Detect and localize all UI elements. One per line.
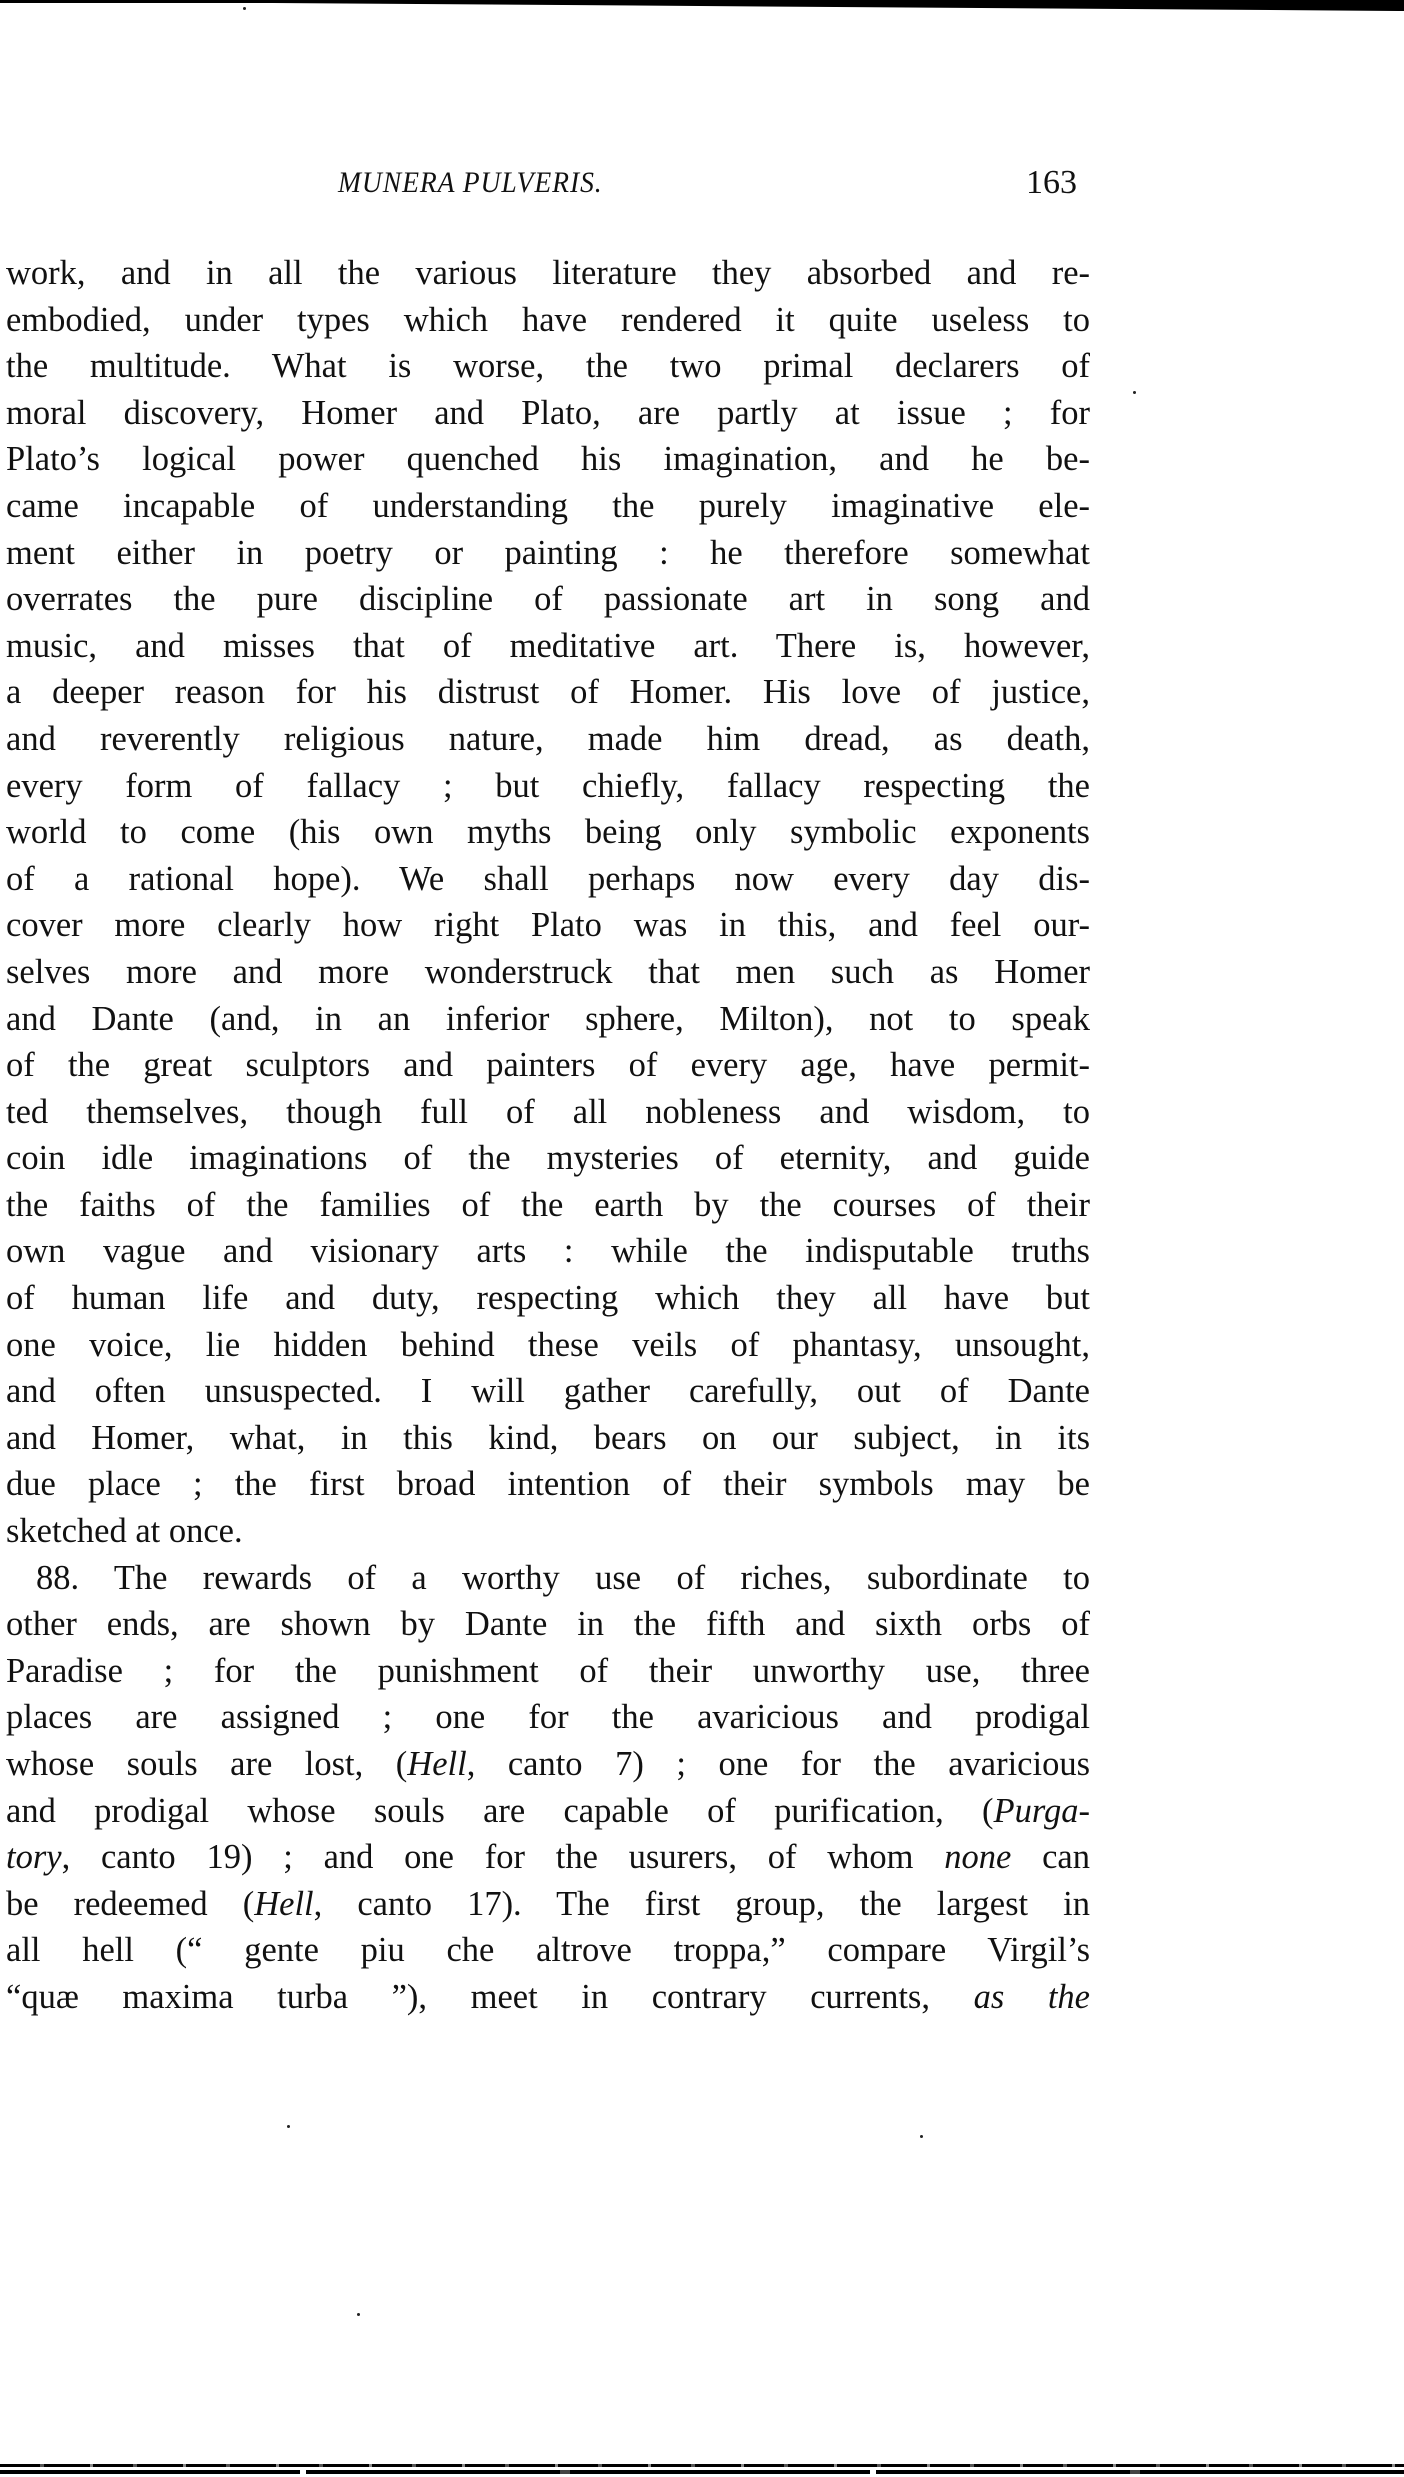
- text-segment: world to come (his own myths being only …: [6, 813, 1090, 851]
- text-segment: , canto 17). The first group, the larges…: [314, 1885, 1090, 1923]
- text-segment: can: [1011, 1838, 1090, 1876]
- text-segment: work, and in all the various literature …: [6, 254, 1090, 292]
- text-line: of human life and duty, respecting which…: [6, 1275, 1090, 1322]
- text-segment: of the great sculptors and painters of e…: [6, 1046, 1090, 1084]
- text-segment: Paradise ; for the punishment of their u…: [6, 1652, 1090, 1690]
- scan-speck: [357, 2313, 360, 2316]
- running-head: MUNERA PULVERIS. 163: [0, 162, 1404, 206]
- text-line: and Dante (and, in an inferior sphere, M…: [6, 996, 1090, 1043]
- text-line: the faiths of the families of the earth …: [6, 1182, 1090, 1229]
- running-title: MUNERA PULVERIS.: [338, 166, 603, 200]
- text-segment: of a rational hope). We shall perhaps no…: [6, 860, 1090, 898]
- text-line: coin idle imaginations of the mysteries …: [6, 1135, 1090, 1182]
- text-segment: and Homer, what, in this kind, bears on …: [6, 1419, 1090, 1457]
- text-segment: 88. The rewards of a worthy use of riche…: [36, 1559, 1090, 1597]
- text-segment: and reverently religious nature, made hi…: [6, 720, 1090, 758]
- text-line: Paradise ; for the punishment of their u…: [6, 1648, 1090, 1695]
- text-line: every form of fallacy ; but chiefly, fal…: [6, 763, 1090, 810]
- text-segment: every form of fallacy ; but chiefly, fal…: [6, 767, 1090, 805]
- text-segment: ted themselves, though full of all noble…: [6, 1093, 1090, 1131]
- text-segment: cover more clearly how right Plato was i…: [6, 906, 1090, 944]
- text-line: whose souls are lost, (Hell, canto 7) ; …: [6, 1741, 1090, 1788]
- text-line: ment either in poetry or painting : he t…: [6, 530, 1090, 577]
- text-line: and reverently religious nature, made hi…: [6, 716, 1090, 763]
- text-segment: ment either in poetry or painting : he t…: [6, 534, 1090, 572]
- text-line: and prodigal whose souls are capable of …: [6, 1788, 1090, 1835]
- text-segment: the faiths of the families of the earth …: [6, 1186, 1090, 1224]
- text-line: cover more clearly how right Plato was i…: [6, 902, 1090, 949]
- text-line: other ends, are shown by Dante in the fi…: [6, 1601, 1090, 1648]
- text-line: and Homer, what, in this kind, bears on …: [6, 1415, 1090, 1462]
- text-segment: whose souls are lost, (: [6, 1745, 407, 1783]
- scan-speck: [287, 2125, 290, 2128]
- text-segment: a deeper reason for his distrust of Home…: [6, 673, 1090, 711]
- scan-speck: [920, 2135, 923, 2138]
- text-line: came incapable of understanding the pure…: [6, 483, 1090, 530]
- text-line: and often unsuspected. I will gather car…: [6, 1368, 1090, 1415]
- italic-text: none: [944, 1838, 1011, 1876]
- text-line: places are assigned ; one for the avaric…: [6, 1694, 1090, 1741]
- text-line: tory, canto 19) ; and one for the usurer…: [6, 1834, 1090, 1881]
- text-segment: sketched at once.: [6, 1512, 243, 1550]
- text-line: Plato’s logical power quenched his imagi…: [6, 436, 1090, 483]
- text-segment: one voice, lie hidden behind these veils…: [6, 1326, 1090, 1364]
- text-segment: , canto 7) ; one for the avaricious: [467, 1745, 1090, 1783]
- italic-text: Purga-: [994, 1792, 1090, 1830]
- text-segment: the multitude. What is worse, the two pr…: [6, 347, 1090, 385]
- text-segment: other ends, are shown by Dante in the fi…: [6, 1605, 1090, 1643]
- text-segment: and often unsuspected. I will gather car…: [6, 1372, 1090, 1410]
- text-segment: “quæ maxima turba ”), meet in contrary c…: [6, 1978, 974, 2016]
- text-segment: , canto 19) ; and one for the usurers, o…: [62, 1838, 945, 1876]
- text-line: of the great sculptors and painters of e…: [6, 1042, 1090, 1089]
- text-line: work, and in all the various literature …: [6, 250, 1090, 297]
- text-line: embodied, under types which have rendere…: [6, 297, 1090, 344]
- text-segment: be redeemed (: [6, 1885, 254, 1923]
- text-line: due place ; the first broad intention of…: [6, 1461, 1090, 1508]
- text-segment: overrates the pure discipline of passion…: [6, 580, 1090, 618]
- text-line: sketched at once.: [6, 1508, 1090, 1555]
- italic-text: as the: [974, 1978, 1090, 2016]
- text-line: the multitude. What is worse, the two pr…: [6, 343, 1090, 390]
- text-segment: music, and misses that of meditative art…: [6, 627, 1090, 665]
- text-line: own vague and visionary arts : while the…: [6, 1228, 1090, 1275]
- text-line: selves more and more wonderstruck that m…: [6, 949, 1090, 996]
- body-text: work, and in all the various literature …: [6, 250, 1090, 2021]
- text-segment: coin idle imaginations of the mysteries …: [6, 1139, 1090, 1177]
- text-line: be redeemed (Hell, canto 17). The first …: [6, 1881, 1090, 1928]
- text-segment: Plato’s logical power quenched his imagi…: [6, 440, 1090, 478]
- scan-edge-bottom: [0, 2464, 1404, 2477]
- italic-text: Hell: [254, 1885, 313, 1923]
- text-line: moral discovery, Homer and Plato, are pa…: [6, 390, 1090, 437]
- text-line: ted themselves, though full of all noble…: [6, 1089, 1090, 1136]
- text-segment: places are assigned ; one for the avaric…: [6, 1698, 1090, 1736]
- text-line: all hell (“ gente piu che altrove troppa…: [6, 1927, 1090, 1974]
- text-line: world to come (his own myths being only …: [6, 809, 1090, 856]
- text-segment: all hell (“ gente piu che altrove troppa…: [6, 1931, 1090, 1969]
- text-segment: moral discovery, Homer and Plato, are pa…: [6, 394, 1090, 432]
- text-line: of a rational hope). We shall perhaps no…: [6, 856, 1090, 903]
- italic-text: Hell: [407, 1745, 466, 1783]
- text-line: “quæ maxima turba ”), meet in contrary c…: [6, 1974, 1090, 2021]
- paragraph-start-line: 88. The rewards of a worthy use of riche…: [6, 1555, 1090, 1602]
- text-line: one voice, lie hidden behind these veils…: [6, 1322, 1090, 1369]
- text-segment: selves more and more wonderstruck that m…: [6, 953, 1090, 991]
- scan-speck: [243, 7, 246, 10]
- text-segment: own vague and visionary arts : while the…: [6, 1232, 1090, 1270]
- text-line: music, and misses that of meditative art…: [6, 623, 1090, 670]
- text-segment: embodied, under types which have rendere…: [6, 301, 1090, 339]
- text-segment: and prodigal whose souls are capable of …: [6, 1792, 994, 1830]
- text-line: overrates the pure discipline of passion…: [6, 576, 1090, 623]
- page-number: 163: [1026, 164, 1077, 202]
- text-segment: and Dante (and, in an inferior sphere, M…: [6, 1000, 1090, 1038]
- text-segment: came incapable of understanding the pure…: [6, 487, 1090, 525]
- text-segment: of human life and duty, respecting which…: [6, 1279, 1090, 1317]
- text-segment: due place ; the first broad intention of…: [6, 1465, 1090, 1503]
- scan-speck: [1133, 391, 1136, 394]
- italic-text: tory: [6, 1838, 62, 1876]
- text-line: a deeper reason for his distrust of Home…: [6, 669, 1090, 716]
